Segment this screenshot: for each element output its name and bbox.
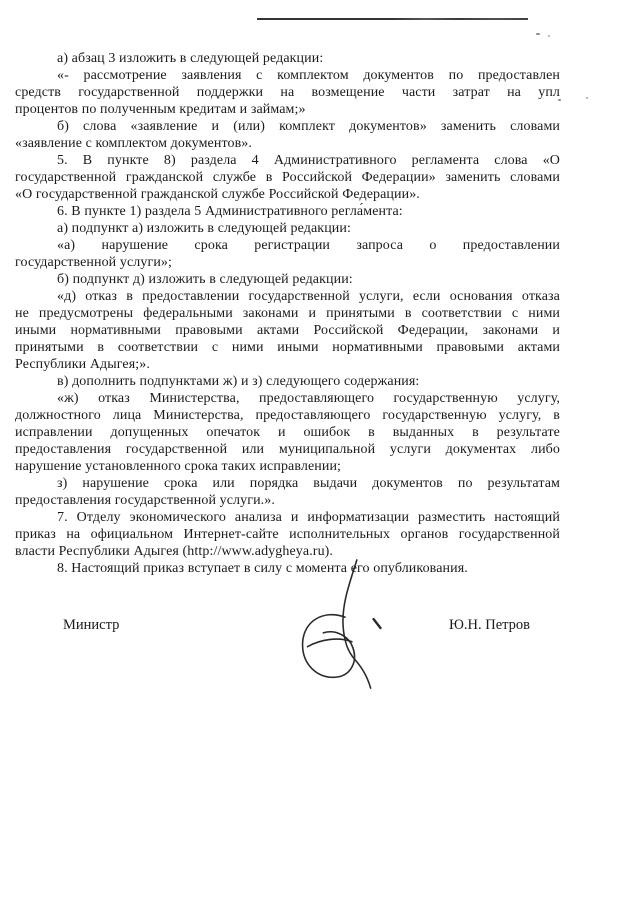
- text-line: Республики Адыгея;».: [15, 356, 560, 373]
- text-line: исправлении допущенных опечаток и ошибок…: [15, 424, 560, 441]
- text-line: 6. В пункте 1) раздела 5 Административно…: [15, 203, 560, 220]
- scan-speck: [548, 35, 550, 37]
- text-line: б) подпункт д) изложить в следующей реда…: [15, 271, 560, 288]
- text-line: 8. Настоящий приказ вступает в силу с мо…: [15, 560, 560, 577]
- text-line: государственной гражданской службе в Рос…: [15, 169, 560, 186]
- text-line: не предусмотрены федеральными законами и…: [15, 305, 560, 322]
- text-line: иными нормативными правовыми актами Росс…: [15, 322, 560, 339]
- text-line: предоставления государственной или муниц…: [15, 441, 560, 458]
- text-line: «О государственной гражданской службе Ро…: [15, 186, 560, 203]
- text-line: нарушение установленного срока таких исп…: [15, 458, 560, 475]
- text-line: «- рассмотрение заявления с комплектом д…: [15, 67, 560, 84]
- scan-line-artifact: [257, 18, 528, 20]
- text-line: з) нарушение срока или порядка выдачи до…: [15, 475, 560, 492]
- text-line: «ж) отказ Министерства, предоставляющего…: [15, 390, 560, 407]
- text-line: а) подпункт а) изложить в следующей реда…: [15, 220, 560, 237]
- text-line: предоставления государственной услуги.».: [15, 492, 560, 509]
- text-line: «заявление с комплектом документов».: [15, 135, 560, 152]
- text-line: процентов по полученным кредитам и займа…: [15, 101, 560, 118]
- text-line: приказ на официальном Интернет-сайте исп…: [15, 526, 560, 543]
- signatory-name: Ю.Н. Петров: [449, 617, 530, 634]
- text-line: средств государственной поддержки на воз…: [15, 84, 560, 101]
- text-line: должностного лица Министерства, предоста…: [15, 407, 560, 424]
- scan-speck: [586, 97, 588, 99]
- document-text: а) абзац 3 изложить в следующей редакции…: [15, 50, 560, 577]
- text-line: б) слова «заявление и (или) комплект док…: [15, 118, 560, 135]
- text-line: принятыми в соответствии с ними иными но…: [15, 339, 560, 356]
- text-line: государственной услуги»;: [15, 254, 560, 271]
- scanned-document-page: а) абзац 3 изложить в следующей редакции…: [0, 0, 640, 905]
- signatory-role: Министр: [63, 617, 119, 634]
- signature-row: Министр Ю.Н. Петров: [15, 617, 560, 637]
- text-line: в) дополнить подпунктами ж) и з) следующ…: [15, 373, 560, 390]
- text-line: а) абзац 3 изложить в следующей редакции…: [15, 50, 560, 67]
- scan-speck: [536, 33, 540, 35]
- text-line: 5. В пункте 8) раздела 4 Административно…: [15, 152, 560, 169]
- text-line: «д) отказ в предоставлении государственн…: [15, 288, 560, 305]
- text-line: «а) нарушение срока регистрации запроса …: [15, 237, 560, 254]
- text-line: 7. Отделу экономического анализа и инфор…: [15, 509, 560, 526]
- text-line: власти Республики Адыгея (http://www.ady…: [15, 543, 560, 560]
